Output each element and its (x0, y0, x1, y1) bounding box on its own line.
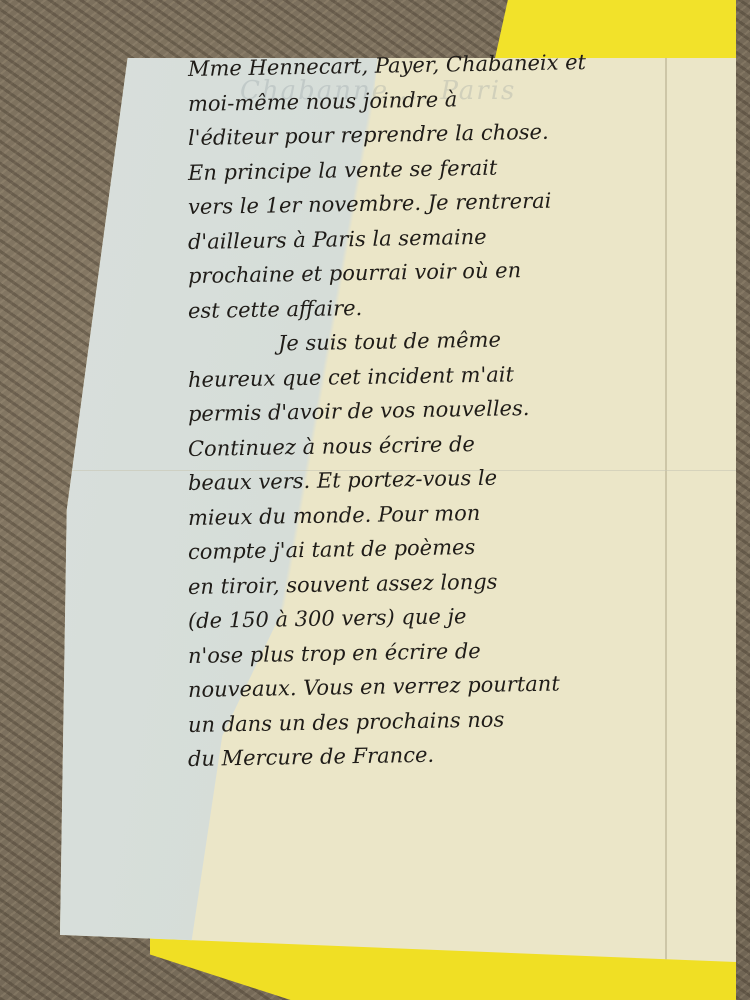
handwritten-letter-body: Mme Hennecart, Payer, Chabaneix et moi-m… (188, 52, 648, 777)
vertical-fold-crease (665, 58, 667, 962)
letter-line: du Mercure de France. (188, 734, 649, 777)
